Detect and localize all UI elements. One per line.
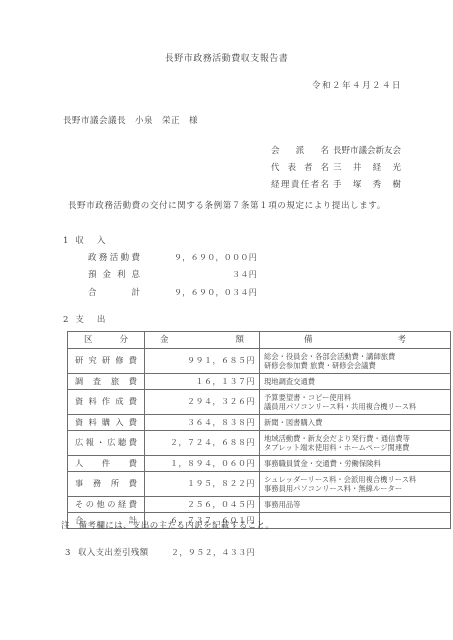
expense-table-header-row: 区分 金額 備考 — [68, 332, 451, 349]
table-row: 研究研修費 ９９１，６８５円 総会・役員会・各部会活動費・講師旅費 研修会参加費… — [68, 349, 451, 374]
col-header-category: 区分 — [68, 335, 144, 345]
balance-number: 3 — [65, 548, 70, 558]
expense-amount: １，８９４，０６０円 — [145, 459, 259, 469]
table-row: 資料作成費 ２９４，３２６円 予算要望書・コピー使用料 議員用パソコンリース料・… — [68, 390, 451, 415]
balance-line: 3 収入支出差引残額 ２，９５２，４３３円 — [65, 548, 255, 560]
accounting-manager-label: 経理責任者名 — [271, 180, 329, 190]
table-row: 人件費 １，８９４，０６０円 事務職員賃金・交通費・労働保険料 — [68, 456, 451, 472]
income-section-label: 収入 — [75, 236, 105, 246]
expense-amount: ３６４，８３８円 — [145, 418, 259, 428]
income-label: 合計 — [88, 288, 140, 298]
income-amount: ３４円 — [232, 270, 257, 280]
accounting-manager-row: 経理責任者名手塚秀樹 — [271, 180, 401, 192]
income-label: 預金利息 — [88, 270, 140, 280]
footnote: 注備考欄には、支出の主たる内訳を記載すること。 — [61, 521, 274, 531]
submission-statement: 長野市政務活動費の交付に関する条例第７条第１項の規定により提出します。 — [68, 201, 386, 211]
expense-category: 研究研修費 — [68, 356, 144, 366]
party-name-value: 長野市議会新友会 — [333, 146, 401, 156]
col-header-amount: 金額 — [145, 335, 259, 345]
expense-remark: 現地調査交通費 — [260, 376, 450, 388]
balance-label: 収入支出差引残額 — [78, 548, 148, 558]
table-row: 広報・広聴費 ２，７２４，６８８円 地域活動費・新友会だより発行費・通信費等 タ… — [68, 431, 451, 456]
expense-amount: ９９１，６８５円 — [145, 356, 259, 366]
report-page: 長野市政務活動費収支報告書 令和２年４月２４日 長野市議会議長 小泉 栄正 様 … — [0, 0, 453, 640]
doc-title: 長野市政務活動費収支報告書 — [0, 54, 453, 65]
expense-section-number: 2 — [63, 315, 68, 325]
party-name-row: 会派名長野市議会新友会 — [271, 146, 401, 158]
income-row-total: 合計 ９，６９０，０３４円 — [88, 288, 257, 300]
col-header-remark: 備考 — [260, 335, 450, 345]
expense-remark: 新聞・図書購入費 — [260, 417, 450, 429]
expense-section-heading: 2支出 — [63, 315, 105, 325]
expense-remark: 事務用品等 — [260, 499, 450, 511]
expense-category: 資料作成費 — [68, 397, 144, 407]
income-row-activity-grant: 政務活動費 ９，６９０，０００円 — [88, 253, 257, 265]
footnote-text: 備考欄には、支出の主たる内訳を記載すること。 — [79, 521, 275, 531]
expense-category: 資料購入費 — [68, 418, 144, 428]
expense-amount: ２５６，０４５円 — [145, 500, 259, 510]
footnote-prefix: 注 — [61, 521, 70, 531]
expense-category: 人件費 — [68, 459, 144, 469]
expense-category: 事務所費 — [68, 479, 144, 489]
income-amount: ９，６９０，０３４円 — [174, 288, 257, 298]
report-date: 令和２年４月２４日 — [312, 81, 402, 91]
representative-label: 代表者名 — [271, 163, 329, 173]
addressee: 長野市議会議長 小泉 栄正 様 — [63, 116, 198, 126]
income-section-heading: 1収入 — [63, 236, 105, 246]
expense-section-label: 支出 — [75, 315, 105, 325]
income-label: 政務活動費 — [88, 253, 140, 263]
expense-category: その他の経費 — [68, 500, 144, 510]
table-row: 事務所費 １９５，８２２円 シュレッダーリース料・会派用複合機リース料 事務員用… — [68, 472, 451, 497]
expense-amount: ２９４，３２６円 — [145, 397, 259, 407]
income-row-interest: 預金利息 ３４円 — [88, 270, 257, 282]
accounting-manager-value: 手塚秀樹 — [333, 180, 401, 190]
income-amount: ９，６９０，０００円 — [174, 253, 257, 263]
expense-remark: 事務職員賃金・交通費・労働保険料 — [260, 458, 450, 470]
expense-remark: 予算要望書・コピー使用料 議員用パソコンリース料・共用複合機リース料 — [260, 392, 450, 413]
expense-amount: １９５，８２２円 — [145, 479, 259, 489]
expense-remark: 地域活動費・新友会だより発行費・通信費等 タブレット端末使用料・ホームページ関連… — [260, 433, 450, 454]
table-row: その他の経費 ２５６，０４５円 事務用品等 — [68, 497, 451, 513]
expense-remark — [260, 520, 450, 522]
income-section-number: 1 — [63, 236, 68, 246]
table-row: 資料購入費 ３６４，８３８円 新聞・図書購入費 — [68, 415, 451, 431]
expense-remark: 総会・役員会・各部会活動費・講師旅費 研修会参加費 旅費・研修会会議費 — [260, 351, 450, 372]
table-row: 調査旅費 １６，１３７円 現地調査交通費 — [68, 374, 451, 390]
expense-amount: １６，１３７円 — [145, 377, 259, 387]
expense-table: 区分 金額 備考 研究研修費 ９９１，６８５円 総会・役員会・各部会活動費・講師… — [67, 331, 451, 529]
expense-table-wrap: 区分 金額 備考 研究研修費 ９９１，６８５円 総会・役員会・各部会活動費・講師… — [67, 331, 447, 529]
party-name-label: 会派名 — [271, 146, 329, 156]
expense-amount: ２，７２４，６８８円 — [145, 438, 259, 448]
expense-category: 広報・広聴費 — [68, 438, 144, 448]
representative-row: 代表者名三井経光 — [271, 163, 401, 175]
balance-amount: ２，９５２，４３３円 — [171, 548, 255, 558]
representative-value: 三井経光 — [333, 163, 401, 173]
expense-remark: シュレッダーリース料・会派用複合機リース料 事務員用パソコンリース料・無線ルータ… — [260, 474, 450, 495]
expense-category: 調査旅費 — [68, 377, 144, 387]
